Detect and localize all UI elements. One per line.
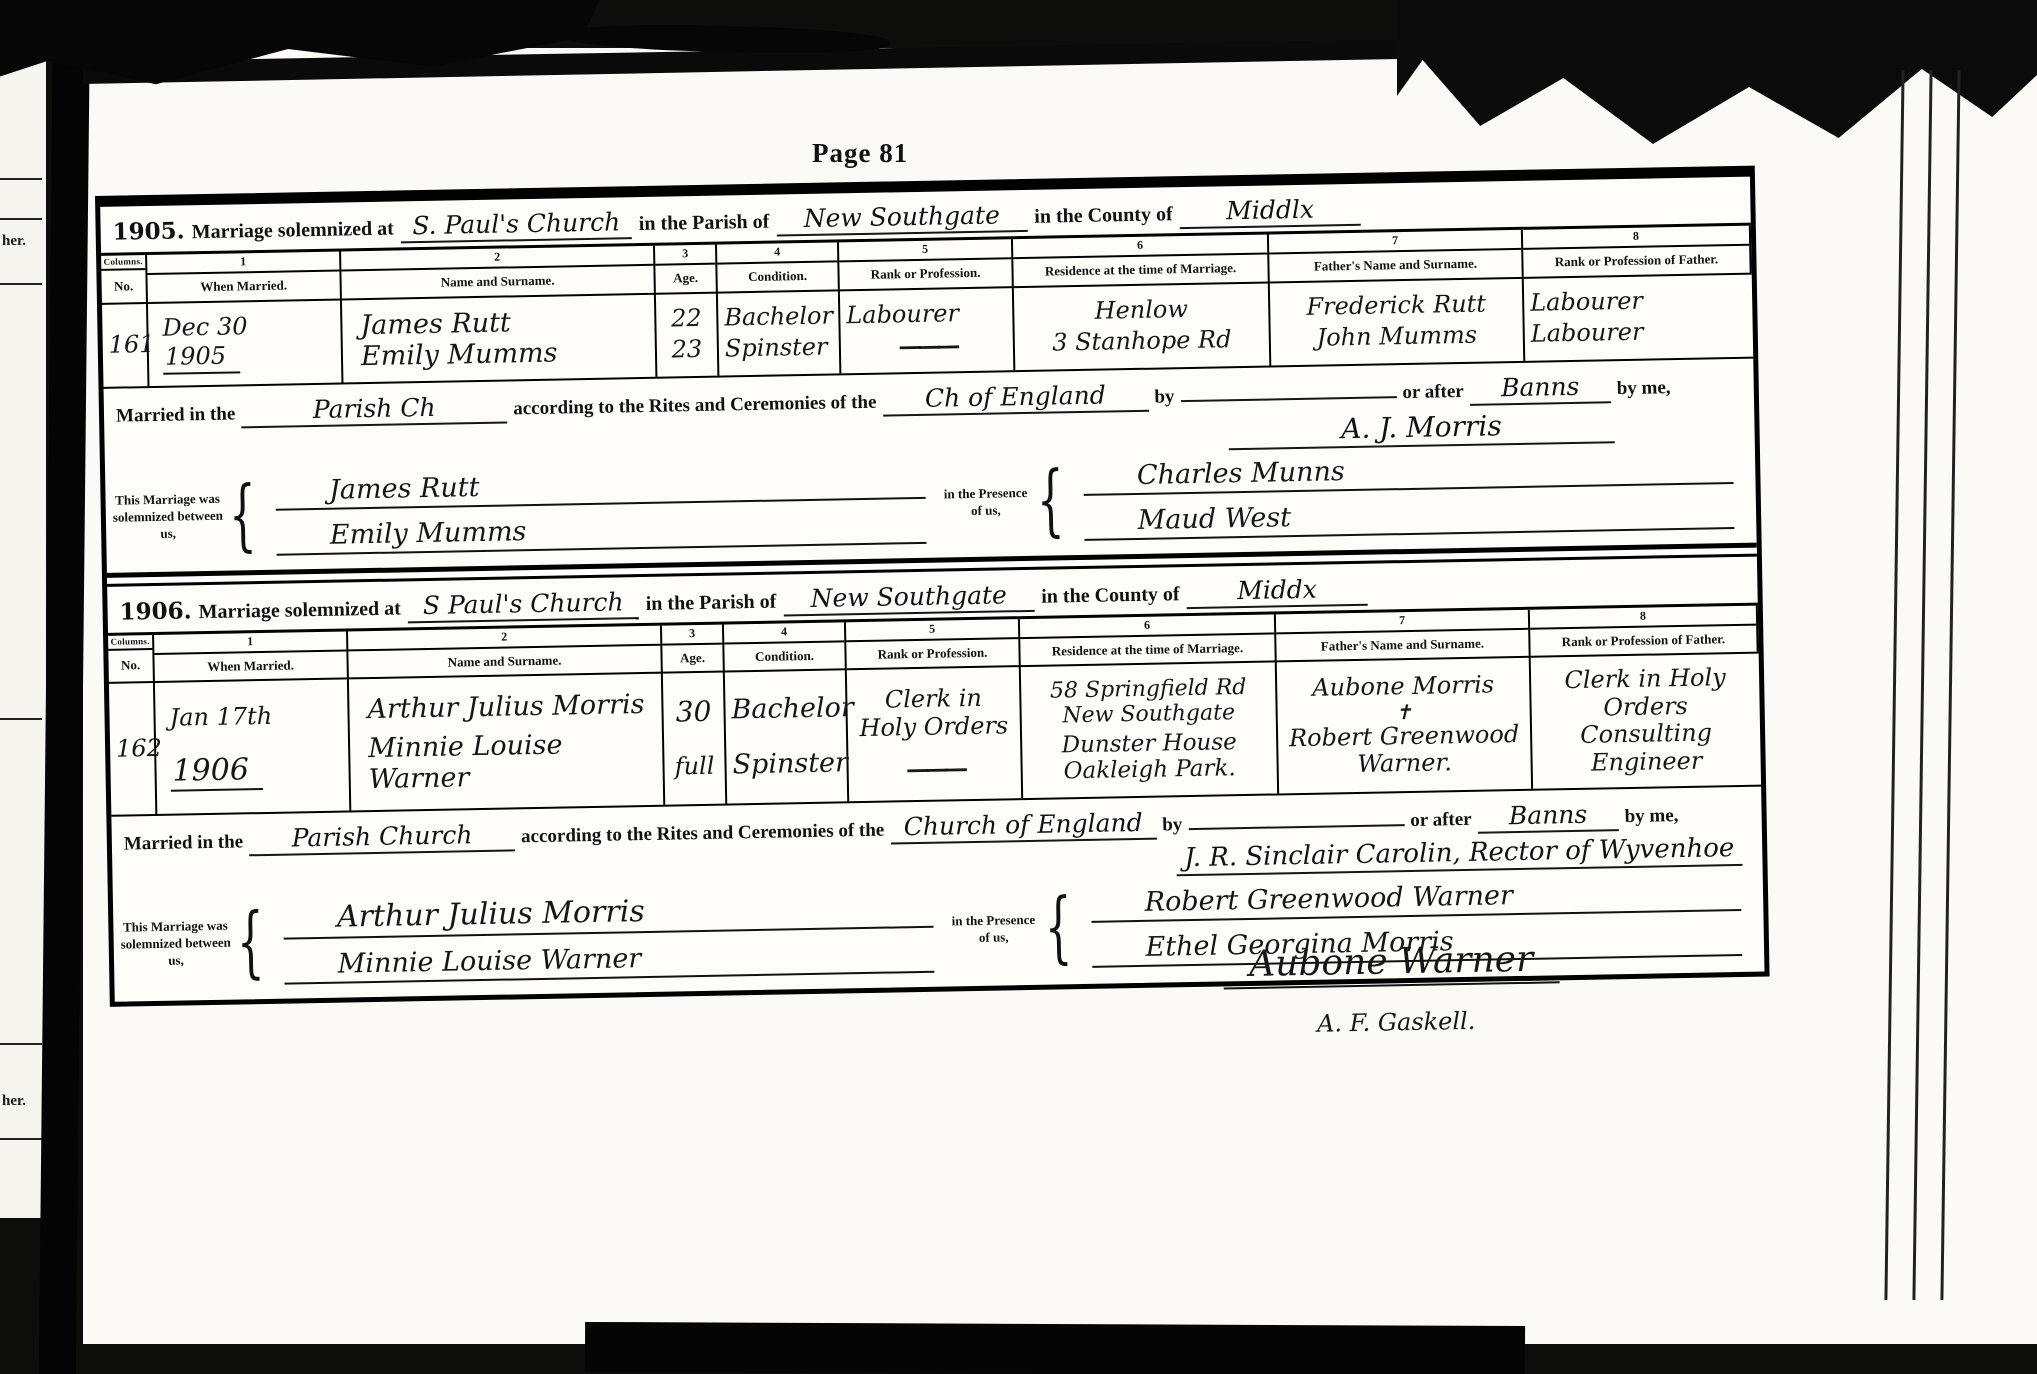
column-header-father-name: 7 Father's Name and Surname. <box>1276 609 1531 660</box>
church-name: S. Paul's Church <box>401 207 633 243</box>
officiant-signature: J. R. Sinclair Carolin, Rector of Wyvenh… <box>1176 832 1743 875</box>
bride-signature: Minnie Louise Warner <box>283 937 934 984</box>
groom-father: Frederick Rutt <box>1276 290 1516 322</box>
marriage-date: Dec 30 <box>162 311 334 342</box>
column-header-condition: 4 Condition. <box>717 242 840 291</box>
cell-entry-number: 161 <box>102 302 150 387</box>
this-marriage-label: This Marriage was solemnized between us, <box>119 918 232 971</box>
entry-number: 161 <box>108 331 141 359</box>
bride-condition: Spinster <box>725 334 833 364</box>
bride-signature: Emily Mumms <box>276 508 927 555</box>
bride-father-rank: Labourer <box>1531 317 1747 349</box>
groom-rank: Clerk in Holy Orders <box>853 684 1014 742</box>
rites-value: Ch of England <box>882 379 1149 416</box>
groom-age: 30 <box>669 696 718 729</box>
rites-value: Church of England <box>890 807 1157 844</box>
couple-signatures: Arthur Julius Morris Minnie Louise Warne… <box>269 888 949 984</box>
cell-father-ranks: Labourer Labourer <box>1524 272 1754 360</box>
bride-condition: Spinster <box>732 748 841 781</box>
married-in-value: Parish Ch <box>241 391 508 428</box>
column-header-when-married: 1 When Married. <box>154 631 349 681</box>
no-label: No. <box>108 650 153 682</box>
entry-year: 1906. <box>119 597 192 625</box>
printed-label: Married in the <box>116 403 236 427</box>
printed-label: Marriage solemnized at <box>192 218 395 245</box>
witness-signatures: Charles Munns Maud West <box>1069 448 1749 540</box>
printed-label: Married in the <box>124 831 244 855</box>
cell-fathers: Frederick Rutt John Mumms <box>1270 276 1525 365</box>
column-header-rank: 5 Rank or Profession. <box>846 619 1021 669</box>
column-header-residence: 6 Residence at the time of Marriage. <box>1013 234 1270 285</box>
witness-signature: Maud West <box>1083 494 1734 541</box>
groom-residence: 58 Springfield Rd New Southgate <box>1027 674 1270 729</box>
printed-label: by <box>1154 386 1174 408</box>
cell-ages: 22 23 <box>656 291 720 376</box>
bride-rank: ——— <box>854 753 1014 784</box>
banns-value: Banns <box>1469 371 1611 406</box>
cell-conditions: Bachelor Spinster <box>725 668 849 803</box>
column-header-father-rank: 8 Rank or Profession of Father. <box>1523 226 1752 277</box>
bride-age: full <box>670 753 718 781</box>
column-header-when-married: 1 When Married. <box>147 252 342 302</box>
county-name: Middx <box>1186 573 1368 608</box>
groom-signature: Arthur Julius Morris <box>283 888 934 939</box>
printed-label: by <box>1162 814 1182 836</box>
column-header-condition: 4 Condition. <box>724 622 847 671</box>
no-label: No. <box>101 270 146 302</box>
bride-name: Emily Mumms <box>349 335 650 371</box>
groom-rank: Labourer <box>846 300 1006 331</box>
witness-signature: Charles Munns <box>1083 449 1734 496</box>
printed-label: according to the Rites and Ceremonies of… <box>513 391 877 420</box>
bride-name: Minnie Louise Warner <box>356 728 657 795</box>
margin-rule <box>0 218 42 220</box>
column-header-name-surname: 2 Name and Surname. <box>341 246 656 298</box>
parish-name: New Southgate <box>776 200 1028 237</box>
column-header-father-name: 7 Father's Name and Surname. <box>1269 230 1524 281</box>
bride-age: 23 <box>663 336 711 364</box>
banns-value: Banns <box>1477 799 1619 834</box>
printed-label: by me, <box>1624 805 1678 828</box>
cell-father-ranks: Clerk in Holy Orders Consulting Engineer <box>1531 652 1761 789</box>
groom-condition: Bachelor <box>731 693 840 726</box>
columns-caption: Columns. <box>101 255 145 271</box>
column-header-age: 3 Age. <box>662 624 725 672</box>
officiant-signature-3: A. F. Gaskell. <box>1317 1006 1476 1037</box>
cell-conditions: Bachelor Spinster <box>718 289 842 375</box>
printed-label: Marriage solemnized at <box>198 597 401 624</box>
by-value <box>1180 395 1396 402</box>
parish-name: New Southgate <box>783 579 1035 616</box>
married-in-value: Parish Church <box>249 819 516 856</box>
marriage-date: Jan 17th <box>169 701 341 732</box>
printed-label: according to the Rites and Ceremonies of… <box>521 819 885 848</box>
entry-number: 162 <box>116 735 149 763</box>
marriage-entry-1905: 1905. Marriage solemnized at S. Paul's C… <box>100 177 1756 573</box>
register-table: Columns. No. 1 When Married. 2 Name and … <box>108 602 1761 816</box>
this-marriage-label: This Marriage was solemnized between us, <box>111 491 224 544</box>
left-brace: { <box>229 486 257 545</box>
cell-ranks: Clerk in Holy Orders ——— <box>847 665 1023 801</box>
column-header-rank: 5 Rank or Profession. <box>839 239 1014 289</box>
right-brace: { <box>1036 472 1064 531</box>
printed-label: by me, <box>1617 377 1671 400</box>
bride-father: Robert Greenwood Warner. <box>1284 721 1525 781</box>
left-brace: { <box>236 913 264 972</box>
previous-page-sliver: her. her. <box>0 58 46 1218</box>
printed-label: in the County of <box>1041 583 1180 609</box>
column-header-residence: 6 Residence at the time of Marriage. <box>1020 614 1277 665</box>
printed-label: in the County of <box>1034 203 1173 229</box>
cell-names: James Rutt Emily Mumms <box>342 292 657 382</box>
marriage-year: 1906 <box>170 753 263 792</box>
groom-residence: Henlow <box>1020 295 1262 327</box>
marriage-entry-1906: 1906. Marriage solemnized at S Paul's Ch… <box>107 556 1764 1001</box>
presence-label: in the Presence of us, <box>947 911 1040 946</box>
right-brace: { <box>1044 899 1072 958</box>
officiant-signature-2: Aubone Warner <box>1223 938 1560 989</box>
margin-rule <box>0 718 42 720</box>
groom-condition: Bachelor <box>724 303 832 333</box>
cell-names: Arthur Julius Morris Minnie Louise Warne… <box>349 672 665 810</box>
county-name: Middlx <box>1179 194 1361 229</box>
groom-father-rank: Clerk in Holy Orders <box>1537 664 1754 723</box>
cell-when-married: Dec 30 1905 <box>148 298 344 386</box>
margin-rule <box>0 283 42 285</box>
bride-father: John Mumms <box>1277 321 1517 353</box>
bride-father-rank: Consulting Engineer <box>1538 719 1755 778</box>
column-header-no: Columns. No. <box>108 635 155 682</box>
printed-label: or after <box>1410 808 1472 831</box>
couple-signatures: James Rutt Emily Mumms <box>261 463 941 555</box>
margin-rule <box>0 1043 42 1045</box>
officiant-signature: A. J. Morris <box>1228 407 1615 450</box>
column-header-father-rank: 8 Rank or Profession of Father. <box>1530 605 1759 656</box>
margin-fragment: her. <box>2 233 26 250</box>
column-header-name-surname: 2 Name and Surname. <box>348 625 663 677</box>
column-header-no: Columns. No. <box>101 255 148 302</box>
cell-fathers: Aubone Morris ✝ Robert Greenwood Warner. <box>1277 656 1533 793</box>
margin-fragment: her. <box>2 1093 26 1110</box>
marriage-year: 1905 <box>163 342 241 374</box>
groom-father-rank: Labourer <box>1530 286 1746 318</box>
cell-entry-number: 162 <box>109 681 157 814</box>
cell-when-married: Jan 17th 1906 <box>155 678 351 814</box>
bride-rank: ——— <box>847 331 1007 362</box>
entry-year: 1905. <box>112 217 185 245</box>
cell-residences: Henlow 3 Stanhope Rd <box>1014 281 1271 370</box>
scan-bottom-shadow <box>585 1322 1525 1374</box>
margin-rule <box>0 178 42 180</box>
cell-ranks: Labourer ——— <box>840 286 1016 373</box>
presence-label: in the Presence of us, <box>939 485 1032 520</box>
scanned-register-page: her. her. Page 81 1905. Marriage solemni… <box>0 0 2037 1374</box>
groom-name: Arthur Julius Morris <box>355 688 656 724</box>
printed-label: or after <box>1402 381 1464 404</box>
witness-signature: Robert Greenwood Warner <box>1090 876 1741 923</box>
groom-signature: James Rutt <box>275 463 926 510</box>
groom-age: 22 <box>662 305 710 333</box>
columns-caption: Columns. <box>108 635 152 651</box>
cell-residences: 58 Springfield Rd New Southgate Dunster … <box>1021 661 1279 798</box>
column-header-age: 3 Age. <box>655 245 718 293</box>
church-name: S Paul's Church <box>407 587 639 623</box>
page-number: Page 81 <box>812 138 908 169</box>
bride-residence: Dunster House Oakleigh Park. <box>1028 729 1271 786</box>
margin-rule <box>0 1138 42 1140</box>
cell-ages: 30 full <box>663 671 727 804</box>
printed-label: in the Parish of <box>646 590 777 615</box>
bride-residence: 3 Stanhope Rd <box>1021 326 1263 358</box>
by-value <box>1188 823 1404 830</box>
marriage-register-box: 1905. Marriage solemnized at S. Paul's C… <box>95 166 1770 1007</box>
printed-label: in the Parish of <box>639 211 770 236</box>
